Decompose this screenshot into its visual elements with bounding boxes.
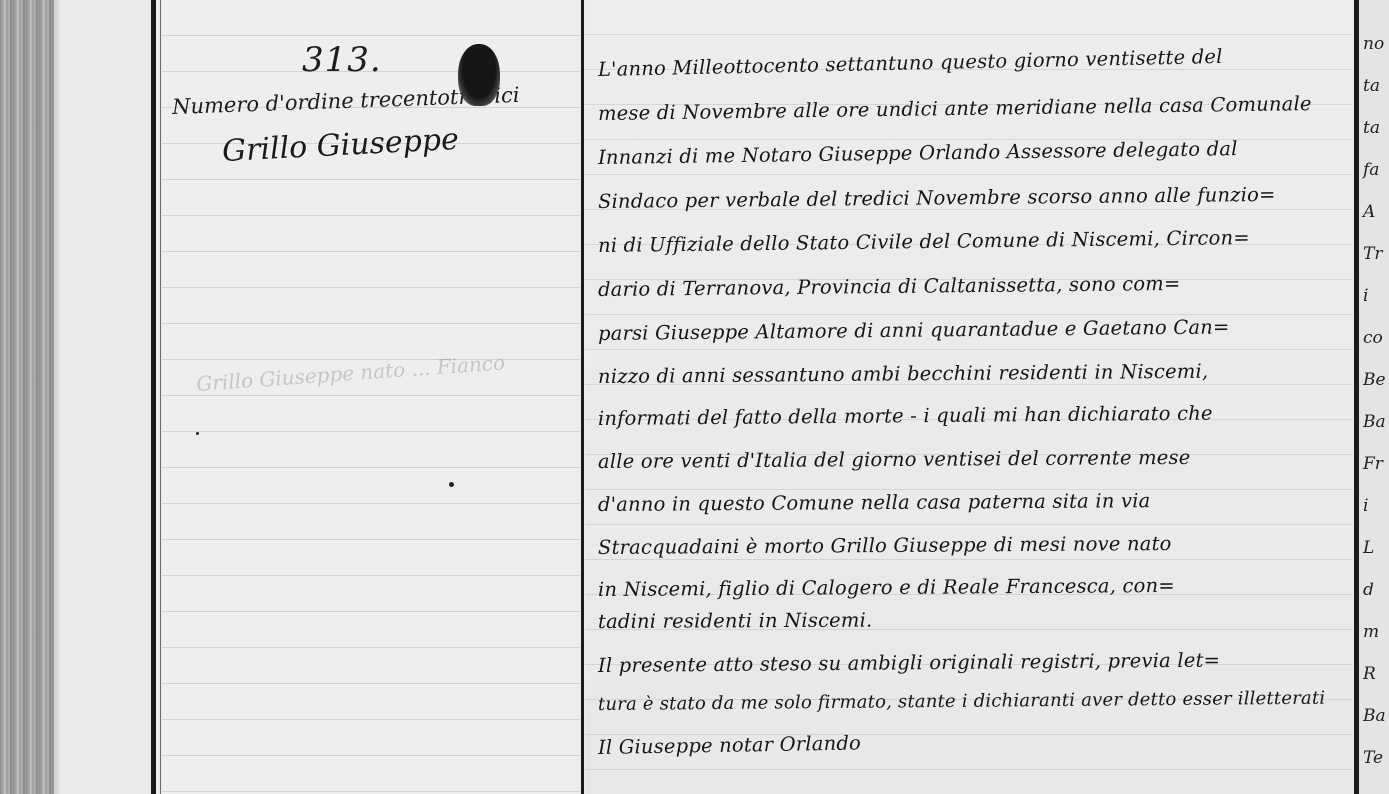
center-column-rule: [581, 0, 584, 794]
ink-spot: [196, 432, 199, 435]
facing-page-text: m: [1363, 622, 1379, 642]
facing-page-text: Ba: [1363, 412, 1386, 432]
facing-page-text: ta: [1363, 76, 1380, 96]
facing-page-text: no: [1363, 34, 1384, 54]
bleed-through-text: Grillo Giuseppe nato ... Fianco: [196, 348, 545, 511]
facing-page-text: L: [1363, 538, 1374, 558]
facing-page-text: Te: [1363, 748, 1383, 768]
facing-page-text: fa: [1363, 160, 1379, 180]
left-column-rule: [151, 0, 156, 794]
facing-page-text: A: [1363, 202, 1375, 222]
facing-page-text: i: [1363, 496, 1368, 516]
facing-page-text: Fr: [1363, 454, 1383, 474]
facing-page-fragment: no ta ta fa A Tr i co Be Ba Fr i L d m R…: [1359, 0, 1389, 794]
facing-page-text: d: [1363, 580, 1374, 600]
ink-spot: [449, 482, 454, 487]
left-column-thin-rule: [160, 0, 161, 794]
facing-page-text: Be: [1363, 370, 1386, 390]
facing-page-text: Tr: [1363, 244, 1382, 264]
facing-page-text: i: [1363, 286, 1368, 306]
record-line: tadini residenti in Niscemi.: [598, 606, 1346, 633]
entry-number: 313.: [302, 40, 382, 80]
facing-page-text: co: [1363, 328, 1383, 348]
facing-page-text: ta: [1363, 118, 1380, 138]
outer-margin: [60, 0, 152, 794]
facing-page-text: R: [1363, 664, 1376, 684]
book-page-edges: [0, 0, 60, 794]
facing-page-text: Ba: [1363, 706, 1386, 726]
ink-blot: [458, 44, 500, 106]
